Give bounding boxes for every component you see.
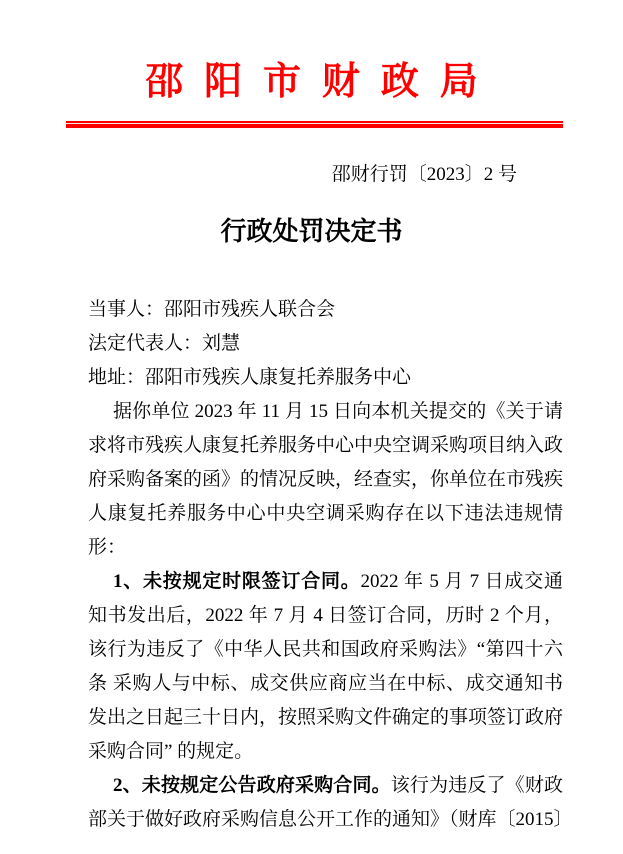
item-1-body: 2022 年 5 月 7 日成交通知书发出后，2022 年 7 月 4 日签订合…	[88, 571, 563, 762]
document-page: 邵阳市财政局 邵财行罚〔2023〕2 号 行政处罚决定书 当事人：邵阳市残疾人联…	[0, 0, 623, 854]
paragraph-intro: 据你单位 2023 年 11 月 15 日向本机关提交的《关于请求将市残疾人康复…	[88, 395, 563, 565]
letterhead: 邵阳市财政局	[0, 0, 623, 128]
doc-title: 行政处罚决定书	[0, 216, 623, 247]
item-2-heading: 2、未按规定公告政府采购合同。	[113, 775, 391, 796]
item-1-heading: 1、未按规定时限签订合同。	[113, 571, 361, 592]
document-body: 当事人：邵阳市残疾人联合会 法定代表人：刘慧 地址：邵阳市残疾人康复托养服务中心…	[88, 293, 563, 837]
address-line: 地址：邵阳市残疾人康复托养服务中心	[88, 361, 563, 395]
paragraph-item-2: 2、未按规定公告政府采购合同。该行为违反了《财政部关于做好政府采购信息公开工作的…	[88, 769, 563, 837]
doc-number: 邵财行罚〔2023〕2 号	[0, 164, 623, 186]
party-line: 当事人：邵阳市残疾人联合会	[88, 293, 563, 327]
letterhead-divider	[66, 121, 563, 128]
agency-name: 邵阳市财政局	[0, 0, 623, 106]
legal-representative-line: 法定代表人：刘慧	[88, 327, 563, 361]
paragraph-item-1: 1、未按规定时限签订合同。2022 年 5 月 7 日成交通知书发出后，2022…	[88, 565, 563, 769]
